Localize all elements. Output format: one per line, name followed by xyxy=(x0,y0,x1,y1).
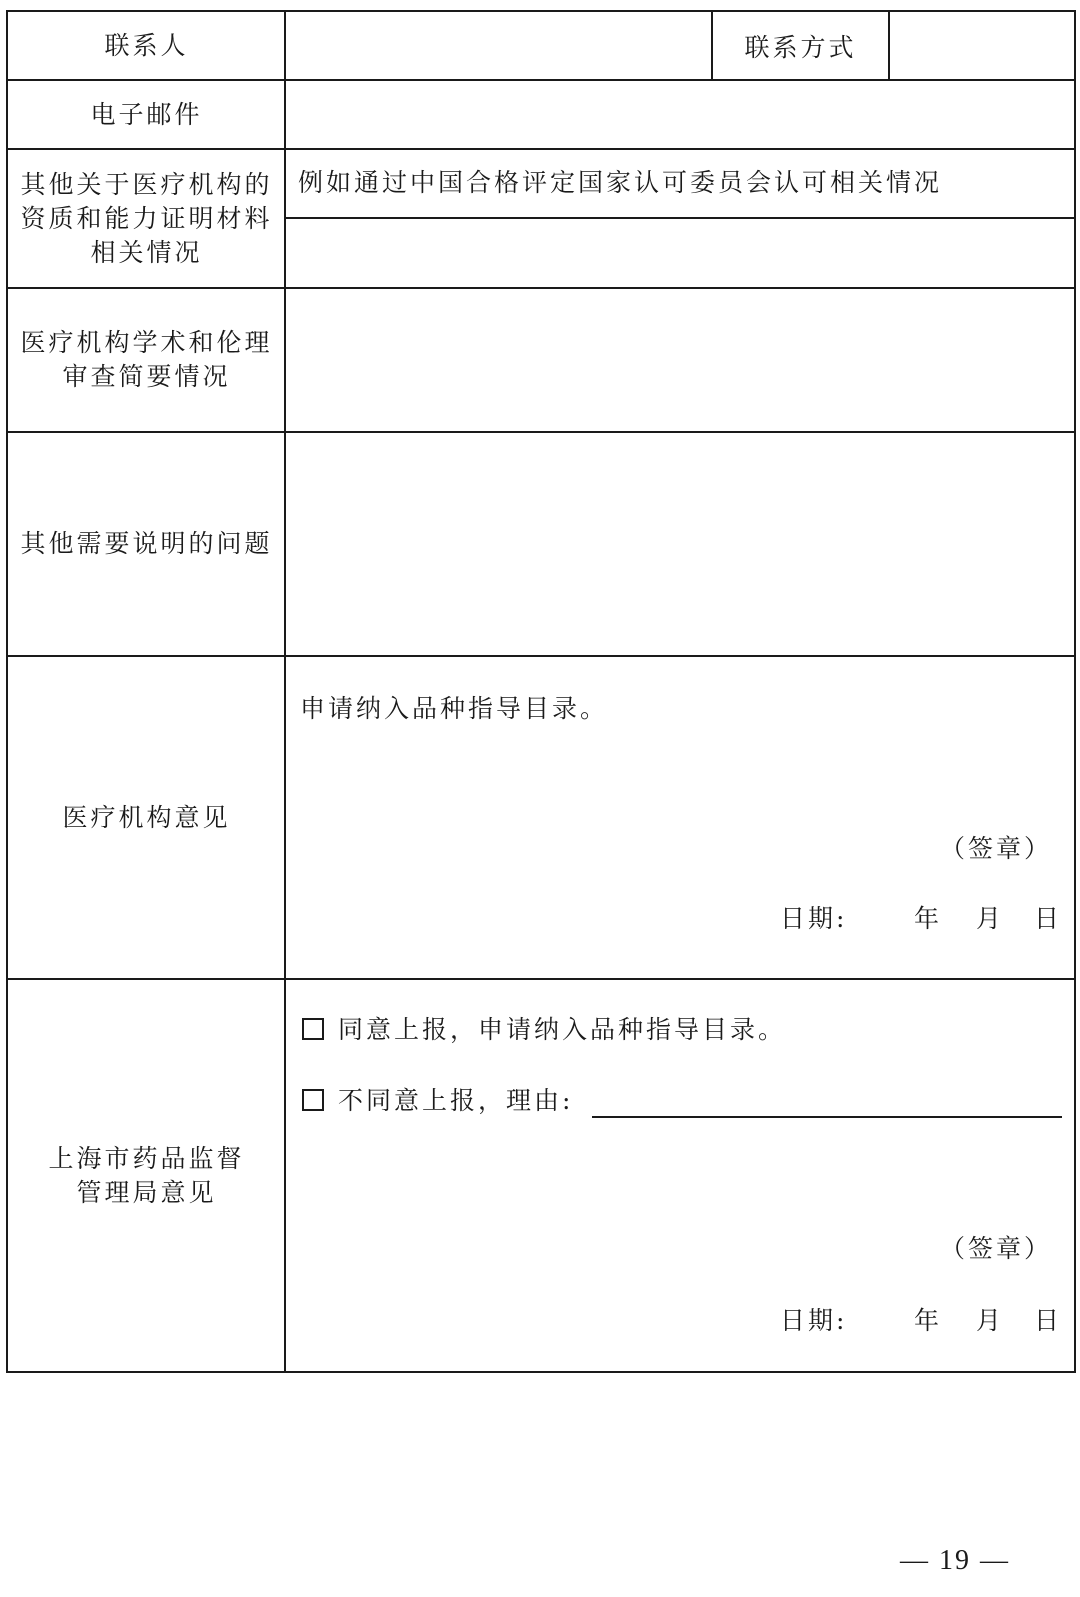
contact-method-label-text: 联系方式 xyxy=(744,28,856,64)
qualification-label-line: 资质和能力证明材料 xyxy=(20,202,272,236)
contact-method-field[interactable] xyxy=(890,12,1074,79)
table-border-right xyxy=(1074,10,1076,1373)
qualification-label: 其他关于医疗机构的 资质和能力证明材料 相关情况 xyxy=(8,150,285,287)
bureau-opinion-label-line: 上海市药品监督 xyxy=(48,1142,244,1176)
bureau-date-day: 日 xyxy=(1034,1304,1062,1338)
agree-option-text: 同意上报，申请纳入品种指导目录。 xyxy=(338,1015,786,1044)
qualification-label-line: 其他关于医疗机构的 xyxy=(20,168,272,202)
ethics-review-field[interactable] xyxy=(287,289,1074,431)
bureau-date-year: 年 xyxy=(914,1304,942,1338)
other-issues-field[interactable] xyxy=(287,433,1074,655)
agree-checkbox[interactable] xyxy=(302,1018,324,1040)
institution-seal-label: （签章） xyxy=(940,832,1052,866)
email-label: 电子邮件 xyxy=(8,81,285,148)
other-issues-label: 其他需要说明的问题 xyxy=(8,433,285,655)
table-border-bottom xyxy=(6,1371,1076,1373)
contact-person-field[interactable] xyxy=(287,12,711,79)
qualification-example-text: 例如通过中国合格评定国家认可委员会认可相关情况 xyxy=(298,166,942,200)
disagree-option-text: 不同意上报，理由: xyxy=(338,1086,573,1115)
reason-underline xyxy=(592,1116,1062,1118)
email-field[interactable] xyxy=(287,81,1074,148)
bureau-opinion-label: 上海市药品监督 管理局意见 xyxy=(8,980,285,1371)
bureau-seal-label: （签章） xyxy=(940,1232,1052,1266)
disagree-reason-field[interactable] xyxy=(592,1082,1062,1114)
bureau-disagree-option[interactable]: 不同意上报，理由: xyxy=(302,1084,573,1118)
institution-opinion-label: 医疗机构意见 xyxy=(8,657,285,978)
contact-method-label: 联系方式 xyxy=(713,12,888,79)
ethics-review-label: 医疗机构学术和伦理 审查简要情况 xyxy=(8,289,285,431)
disagree-checkbox[interactable] xyxy=(302,1089,324,1111)
institution-date-year: 年 xyxy=(914,902,942,936)
qualification-field[interactable] xyxy=(287,219,1074,287)
institution-date-month: 月 xyxy=(976,902,1004,936)
bureau-opinion-label-line: 管理局意见 xyxy=(76,1176,216,1210)
page-number: — 19 — xyxy=(900,1545,1010,1577)
email-label-text: 电子邮件 xyxy=(90,98,202,132)
other-issues-label-text: 其他需要说明的问题 xyxy=(20,527,272,561)
bureau-date-month: 月 xyxy=(976,1304,1004,1338)
institution-opinion-statement: 申请纳入品种指导目录。 xyxy=(300,692,608,726)
ethics-review-label-line: 审查简要情况 xyxy=(62,360,230,394)
qualification-label-line: 相关情况 xyxy=(90,236,202,270)
institution-opinion-label-text: 医疗机构意见 xyxy=(62,801,230,835)
contact-person-label-text: 联系人 xyxy=(104,29,188,63)
institution-date-label: 日期: xyxy=(780,902,847,936)
bureau-agree-option[interactable]: 同意上报，申请纳入品种指导目录。 xyxy=(302,1013,786,1047)
ethics-review-label-line: 医疗机构学术和伦理 xyxy=(20,326,272,360)
contact-person-label: 联系人 xyxy=(8,12,285,79)
bureau-date-label: 日期: xyxy=(780,1304,847,1338)
institution-date-day: 日 xyxy=(1034,902,1062,936)
